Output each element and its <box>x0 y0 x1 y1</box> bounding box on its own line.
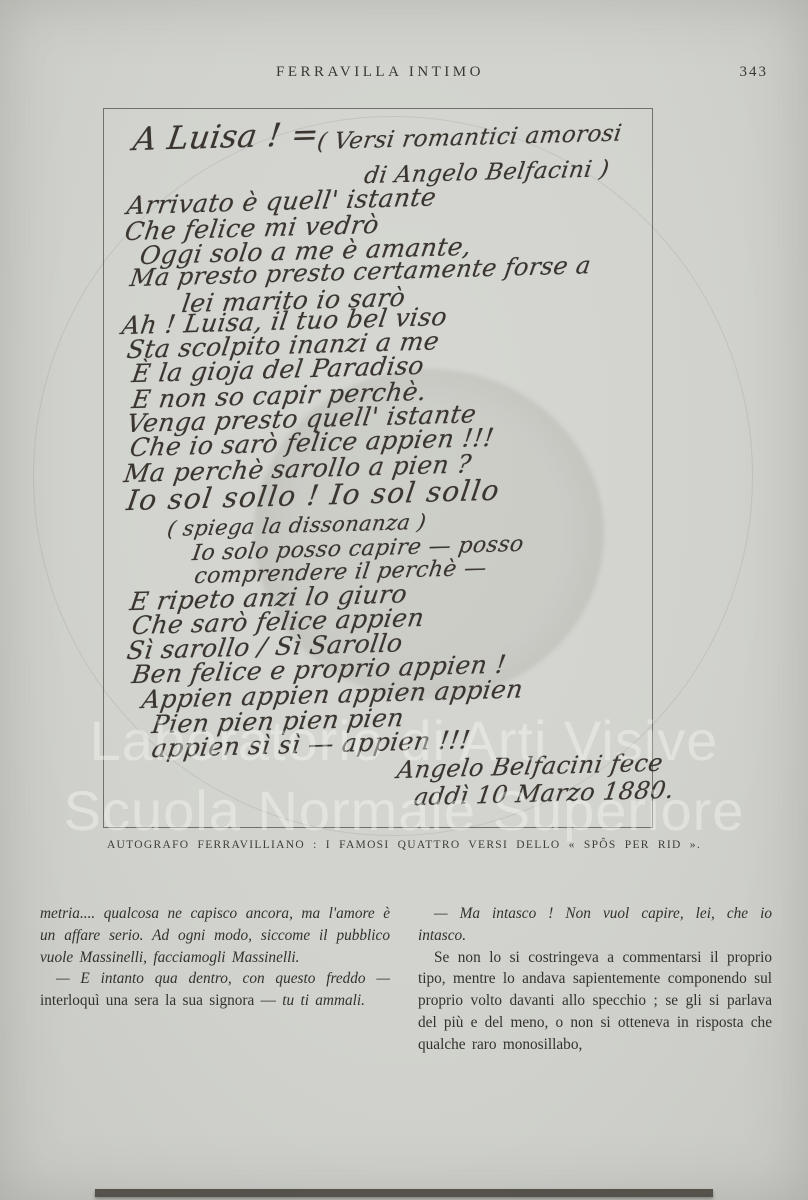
running-header: FERRAVILLA INTIMO <box>0 64 808 81</box>
left-paragraph-2-roman: interloquì una sera la sua signora — <box>40 992 282 1009</box>
manuscript-date: addì 10 Marzo 1880. <box>412 778 675 809</box>
manuscript-line: ( Versi romantici amorosi <box>316 122 624 154</box>
header-title: FERRAVILLA INTIMO <box>276 64 484 81</box>
right-column: — Ma intasco ! Non vuol capire, lei, che… <box>418 903 772 1056</box>
manuscript-figure: A Luisa ! = ( Versi romantici amorosi di… <box>103 108 653 828</box>
left-paragraph-2: — E intanto qua dentro, con questo fredd… <box>40 968 390 1012</box>
right-paragraph-2: Se non lo si costringeva a commentarsi i… <box>418 947 772 1056</box>
text-columns: metria.... qualcosa ne capisco ancora, m… <box>40 903 772 1056</box>
left-paragraph-2-italic-start: — E intanto qua dentro, con questo fredd… <box>56 970 390 987</box>
manuscript-line: A Luisa ! = <box>131 118 321 155</box>
left-paragraph-2-italic-end: tu ti ammali. <box>282 992 365 1009</box>
left-column: metria.... qualcosa ne capisco ancora, m… <box>40 903 390 1056</box>
figure-caption: AUTOGRAFO FERRAVILLIANO : I FAMOSI QUATT… <box>0 839 808 851</box>
scan-edge-strip <box>95 1189 713 1197</box>
book-page: FERRAVILLA INTIMO 343 A Luisa ! = ( Vers… <box>0 0 808 1200</box>
page-number: 343 <box>740 64 769 81</box>
left-paragraph-1: metria.... qualcosa ne capisco ancora, m… <box>40 903 390 968</box>
right-paragraph-1: — Ma intasco ! Non vuol capire, lei, che… <box>418 903 772 947</box>
